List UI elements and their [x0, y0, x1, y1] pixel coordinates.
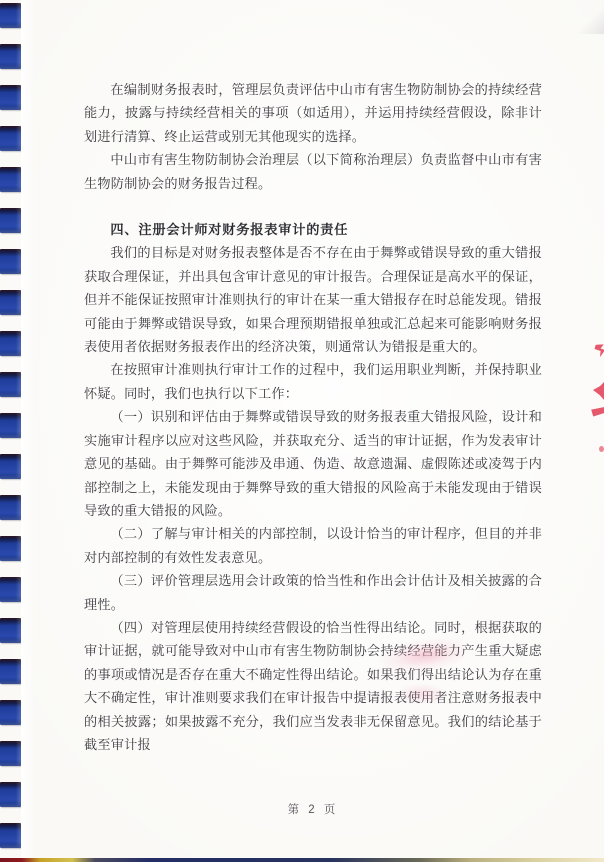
- binding-tab: [0, 331, 21, 356]
- binding-tab: [0, 536, 21, 561]
- binding-tab: [0, 290, 21, 315]
- body-paragraph: （二）了解与审计相关的内部控制，以设计恰当的审计程序，但目的并非对内部控制的有效…: [84, 522, 542, 569]
- binding-tab: [0, 495, 21, 520]
- red-pen-mark: [590, 405, 604, 417]
- binding-tab: [0, 659, 21, 684]
- binding-tab: [0, 3, 21, 28]
- binding-tab: [0, 85, 21, 110]
- red-pen-mark: [593, 381, 604, 401]
- page-number: 第 2 页: [84, 801, 542, 817]
- body-paragraph: 在编制财务报表时，管理层负责评估中山市有害生物防制协会的持续经营能力，披露与持续…: [84, 78, 542, 148]
- body-paragraph: （一）识别和评估由于舞弊或错误导致的财务报表重大错报风险，设计和实施审计程序以应…: [84, 405, 542, 522]
- binding-tab: [0, 372, 21, 397]
- binding-tab: [0, 823, 21, 848]
- red-pen-mark: [594, 343, 604, 358]
- binding-tab: [0, 454, 21, 479]
- body-paragraph: 中山市有害生物防制协会治理层（以下简称治理层）负责监督中山市有害生物防制协会的财…: [84, 148, 542, 195]
- section-heading: 四、注册会计师对财务报表审计的责任: [84, 218, 542, 241]
- red-pen-mark: [599, 446, 604, 452]
- body-paragraph: 我们的目标是对财务报表整体是否不存在由于舞弊或错误导致的重大错报获取合理保证，并…: [84, 241, 542, 358]
- binding-tab: [0, 413, 21, 438]
- binding-tab: [0, 577, 21, 602]
- binding-tab: [0, 167, 21, 192]
- document-body: 在编制财务报表时，管理层负责评估中山市有害生物防制协会的持续经营能力，披露与持续…: [84, 78, 542, 756]
- scanned-page: 在编制财务报表时，管理层负责评估中山市有害生物防制协会的持续经营能力，披露与持续…: [0, 0, 604, 862]
- binding-tab: [0, 44, 21, 69]
- body-paragraph: （三）评价管理层选用会计政策的恰当性和作出会计估计及相关披露的合理性。: [84, 569, 542, 616]
- scan-corner-shadow: [562, 0, 604, 34]
- body-paragraph: 在按照审计准则执行审计工作的过程中，我们运用职业判断，并保持职业怀疑。同时，我们…: [84, 358, 542, 405]
- binding-tab: [0, 249, 21, 274]
- underlying-pages-edge: [0, 858, 604, 862]
- paper-left-edge: [21, 0, 35, 862]
- binding-tab: [0, 741, 21, 766]
- body-paragraph: （四）对管理层使用持续经营假设的恰当性得出结论。同时，根据获取的审计证据，就可能…: [84, 616, 542, 756]
- binding-tab: [0, 700, 21, 725]
- binding-tab: [0, 208, 21, 233]
- binding-tab: [0, 782, 21, 807]
- binding-tab: [0, 126, 21, 151]
- binding-tab: [0, 618, 21, 643]
